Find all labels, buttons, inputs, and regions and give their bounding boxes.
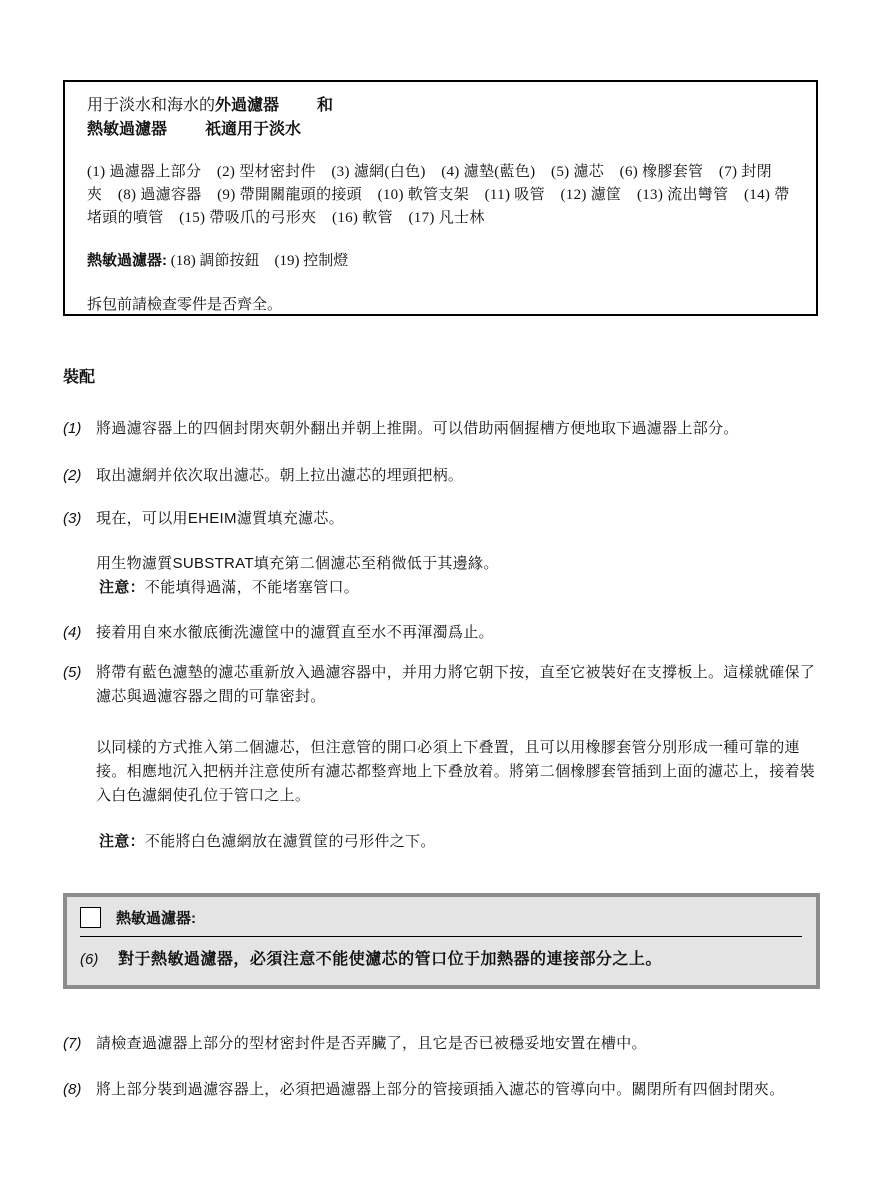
step-text-part: 濾質填充濾芯。 [237,511,344,527]
step-text: 現在，可以用EHEIM濾質填充濾芯。 [96,507,820,531]
step-text: 請檢查過濾器上部分的型材密封件是否弄臟了，且它是否已被穩妥地安置在槽中。 [96,1032,820,1056]
step-number: (5) [63,661,96,685]
callout-divider [80,936,802,937]
caution-note-2: 注意：不能將白色濾網放在濾質筐的弓形件之下。 [99,830,820,854]
caution-text: 不能將白色濾網放在濾質筐的弓形件之下。 [145,834,436,850]
step-text: 接着用自來水徹底衝洗濾筐中的濾質直至水不再渾濁爲止。 [96,621,820,645]
assembly-step-1: (1) 將過濾容器上的四個封閉夾朝外翻出并朝上推開。可以借助兩個握槽方便地取下過… [63,417,820,441]
paragraph-part: 用生物濾質 [96,556,173,572]
step-number: (8) [63,1078,96,1102]
step-text: 將過濾容器上的四個封閉夾朝外翻出并朝上推開。可以借助兩個握槽方便地取下過濾器上部… [96,417,820,441]
brand-name-substrat: SUBSTRAT [173,555,254,572]
square-checkbox-icon [80,907,101,928]
thermo-parts-label: 熱敏過濾器: [87,252,167,269]
assembly-step-4: (4) 接着用自來水徹底衝洗濾筐中的濾質直至水不再渾濁爲止。 [63,621,820,645]
intro-title-line2: 熱敏過濾器祇適用于淡水 [87,118,796,142]
caution-label: 注意： [99,833,145,850]
final-steps-section: (7) 請檢查過濾器上部分的型材密封件是否弄臟了，且它是否已被穩妥地安置在槽中。… [63,1032,820,1102]
parts-overview-box: 用于淡水和海水的外過濾器和 熱敏過濾器祇適用于淡水 (1) 過濾器上部分 (2)… [63,80,818,316]
thermo-parts-list: (18) 調節按鈕 (19) 控制燈 [171,253,348,269]
step-number: (2) [63,464,96,488]
step-number: (3) [63,507,96,531]
assembly-step-3: (3) 現在，可以用EHEIM濾質填充濾芯。 [63,507,820,531]
assembly-step-6: (6) 對于熱敏過濾器，必須注意不能使濾芯的管口位于加熱器的連接部分之上。 [80,948,802,972]
unpack-check-note: 拆包前請檢查零件是否齊全。 [87,294,796,317]
stacking-paragraph: 以同樣的方式推入第二個濾芯，但注意管的開口必須上下叠置，且可以用橡膠套管分別形成… [96,736,820,808]
step-number: (1) [63,417,96,441]
step-number: (7) [63,1032,96,1056]
step-text: 將上部分裝到過濾容器上，必須把過濾器上部分的管接頭插入濾芯的管導向中。關閉所有四… [96,1078,820,1102]
assembly-section: 裝配 (1) 將過濾容器上的四個封閉夾朝外翻出并朝上推開。可以借助兩個握槽方便地… [63,366,820,854]
caution-note-1: 注意：不能填得過滿，不能堵塞管口。 [99,576,820,600]
assembly-heading: 裝配 [63,366,820,390]
intro-conjunction: 和 [317,97,333,114]
brand-name-eheim: EHEIM [188,510,237,527]
page: { "colors": { "page_bg": "#ffffff", "tex… [0,0,875,1181]
step-number: (4) [63,621,96,645]
callout-title: 熱敏過濾器: [116,907,196,928]
product-name-external-filter: 外過濾器 [215,97,279,114]
thermo-parts-line: 熱敏過濾器: (18) 調節按鈕 (19) 控制燈 [87,249,796,273]
product-name-thermo-filter: 熱敏過濾器 [87,121,167,138]
intro-title-line1: 用于淡水和海水的外過濾器和 [87,94,796,118]
step-text: 將帶有藍色濾墊的濾芯重新放入過濾容器中，并用力將它朝下按，直至它被裝好在支撐板上… [96,661,820,709]
substrat-paragraph: 用生物濾質SUBSTRAT填充第二個濾芯至稍微低于其邊緣。 [96,552,820,576]
parts-list: (1) 過濾器上部分 (2) 型材密封件 (3) 濾網(白色) (4) 濾墊(藍… [87,161,796,230]
caution-label: 注意： [99,579,145,596]
callout-header: 熱敏過濾器: [80,907,802,928]
step-text: 取出濾網并依次取出濾芯。朝上拉出濾芯的埋頭把柄。 [96,464,820,488]
assembly-step-8: (8) 將上部分裝到過濾容器上，必須把過濾器上部分的管接頭插入濾芯的管導向中。關… [63,1078,820,1102]
thermo-filter-callout-box: 熱敏過濾器: (6) 對于熱敏過濾器，必須注意不能使濾芯的管口位于加熱器的連接部… [63,893,820,989]
intro-title-prefix: 用于淡水和海水的 [87,97,215,114]
paragraph-part: 填充第二個濾芯至稍微低于其邊緣。 [254,556,499,572]
step-number: (6) [80,948,118,972]
assembly-step-2: (2) 取出濾網并依次取出濾芯。朝上拉出濾芯的埋頭把柄。 [63,464,820,488]
freshwater-only-note: 祇適用于淡水 [205,121,301,138]
step-text: 對于熱敏過濾器，必須注意不能使濾芯的管口位于加熱器的連接部分之上。 [118,948,802,972]
step-text-part: 現在，可以用 [96,511,188,527]
assembly-step-7: (7) 請檢查過濾器上部分的型材密封件是否弄臟了，且它是否已被穩妥地安置在槽中。 [63,1032,820,1056]
caution-text: 不能填得過滿，不能堵塞管口。 [145,580,359,596]
assembly-step-5: (5) 將帶有藍色濾墊的濾芯重新放入過濾容器中，并用力將它朝下按，直至它被裝好在… [63,661,820,709]
